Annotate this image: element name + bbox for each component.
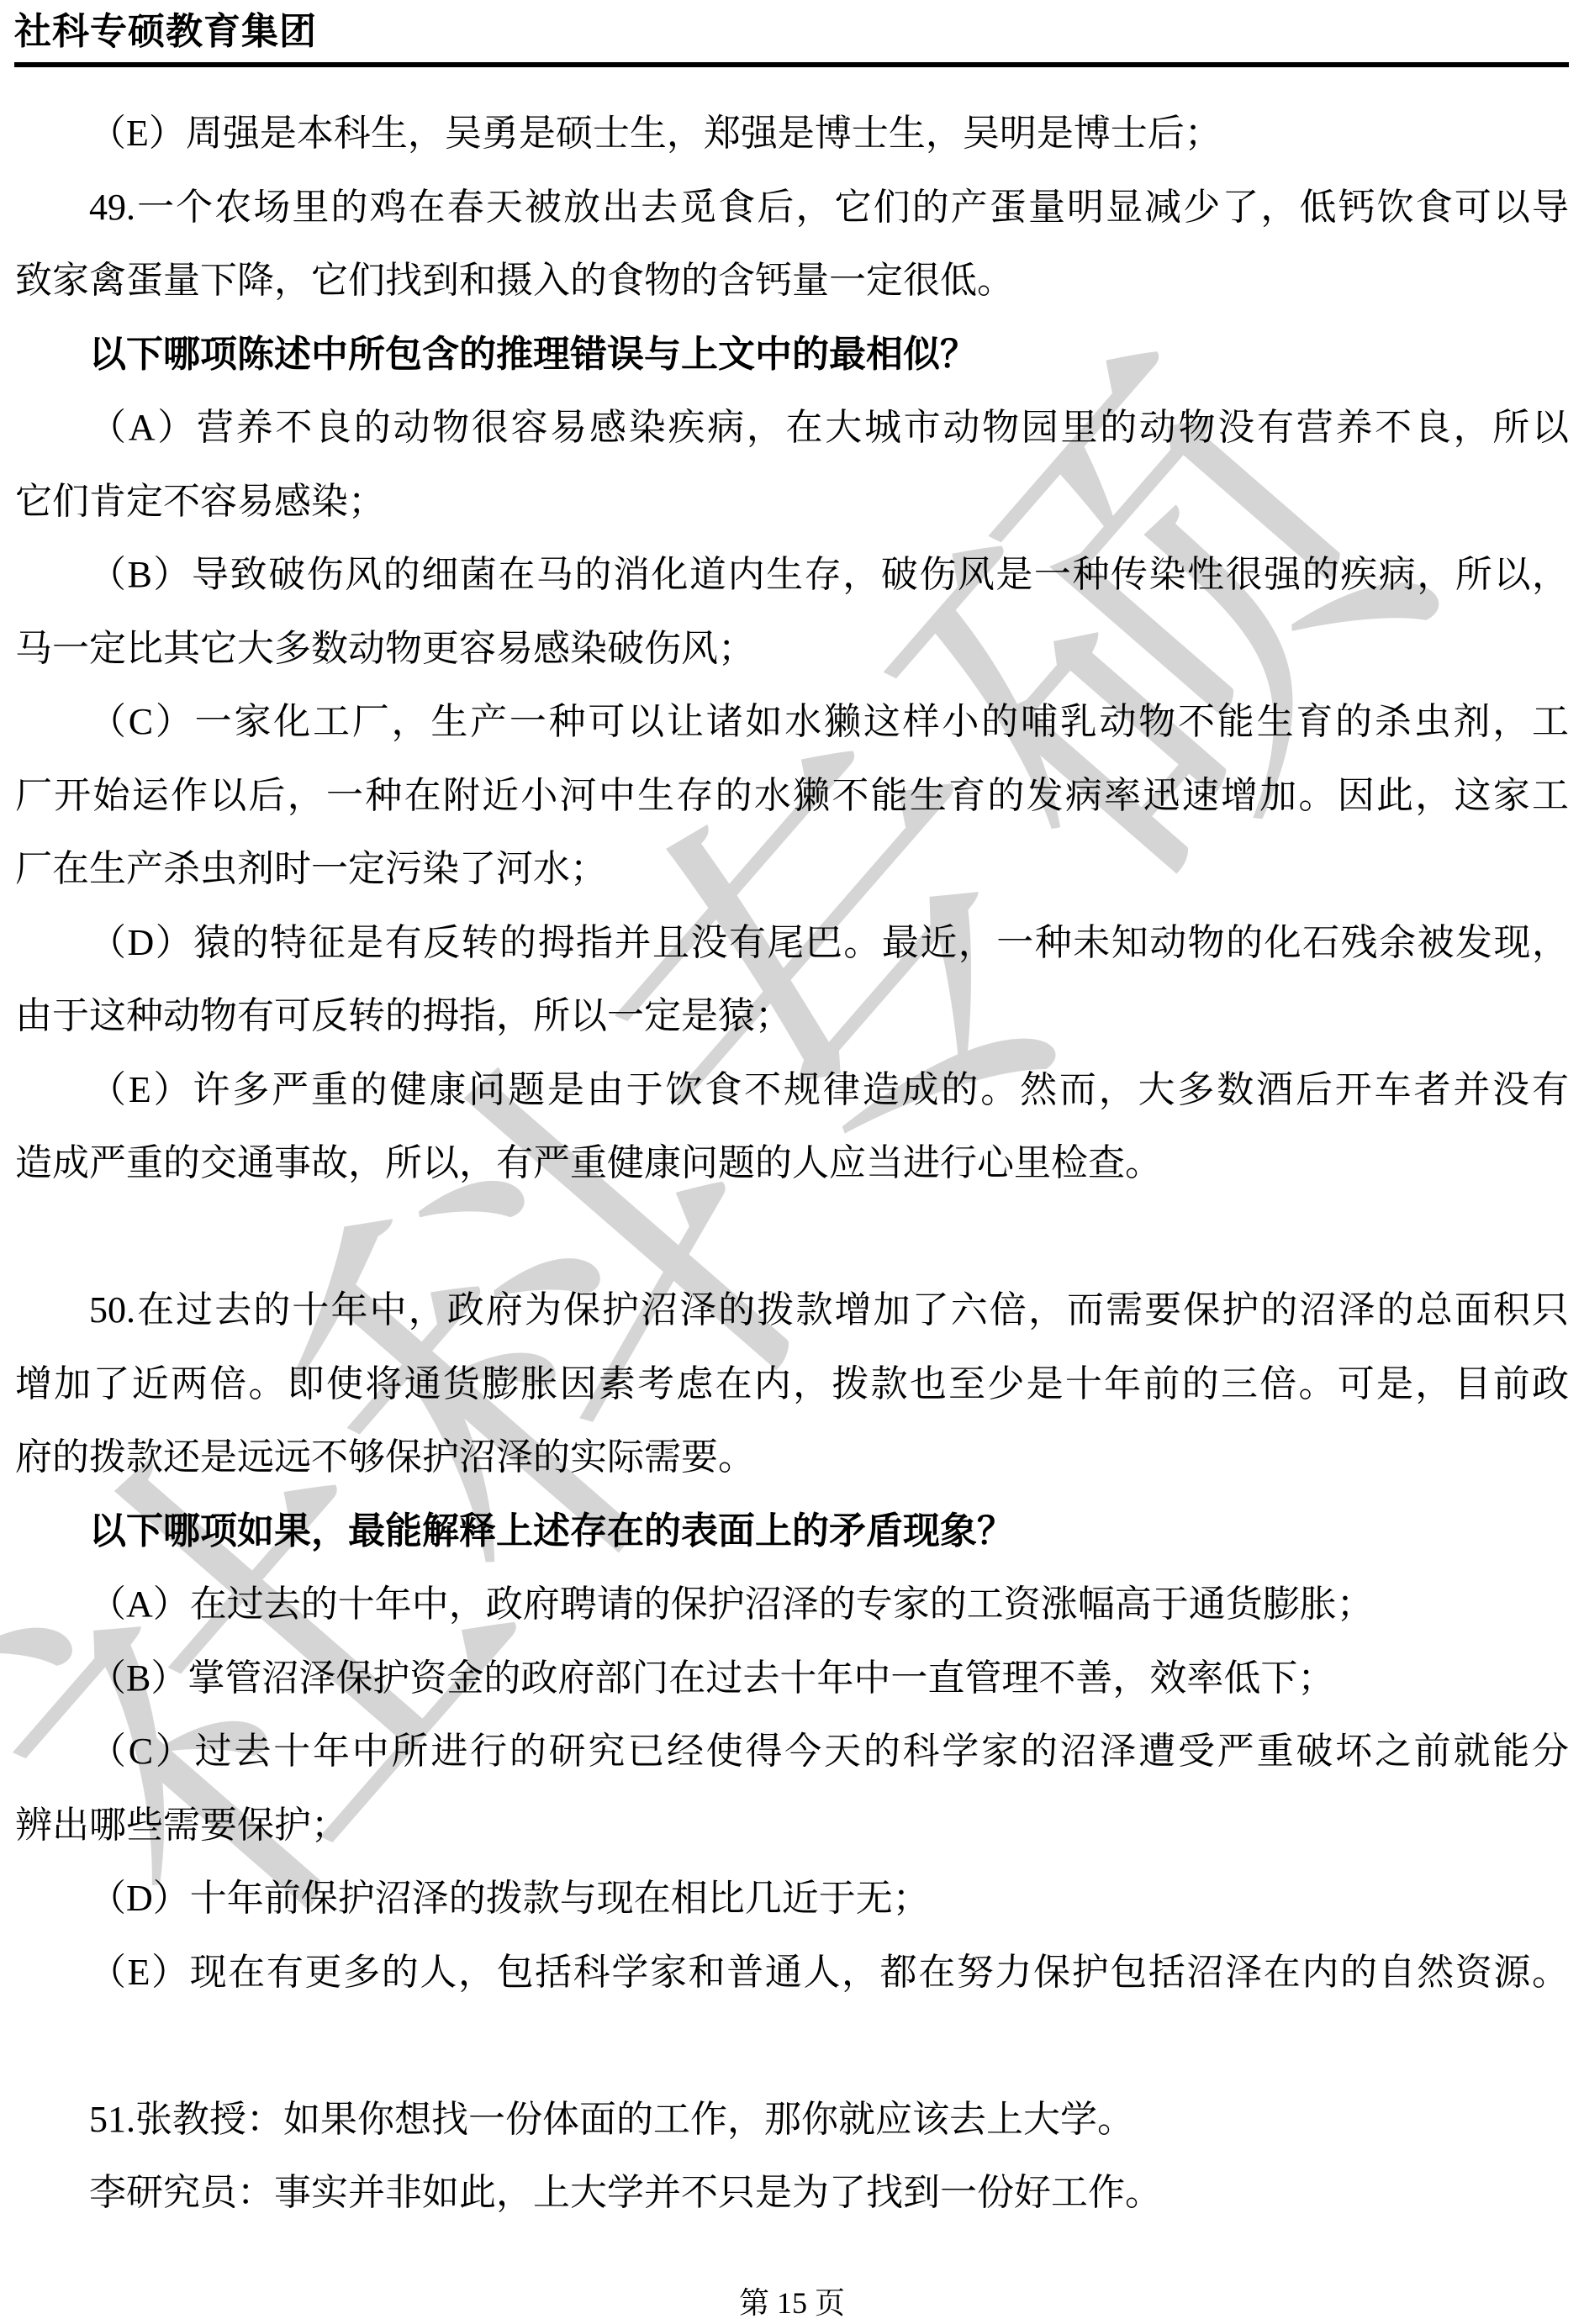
text-line: 辨出哪些需要保护；	[15, 1789, 1569, 1863]
text-line: 府的拨款还是远远不够保护沼泽的实际需要。	[15, 1420, 1569, 1494]
text-line: 由于这种动物有可反转的拇指，所以一定是猿；	[15, 979, 1569, 1053]
text-line: （B）导致破伤风的细菌在马的消化道内生存，破伤风是一种传染性很强的疾病，所以，	[15, 538, 1569, 612]
text-line: 49.一个农场里的鸡在春天被放出去觅食后，它们的产蛋量明显减少了，低钙饮食可以导	[15, 171, 1569, 245]
text-line: 厂开始运作以后，一种在附近小河中生存的水獭不能生育的发病率迅速增加。因此，这家工	[15, 759, 1569, 833]
text-line: 马一定比其它大多数动物更容易感染破伤风；	[15, 612, 1569, 686]
text-line: （C）过去十年中所进行的研究已经使得今天的科学家的沼泽遭受严重破坏之前就能分	[15, 1715, 1569, 1789]
text-line: （A）营养不良的动物很容易感染疾病，在大城市动物园里的动物没有营养不良，所以	[15, 391, 1569, 465]
text-line: （E）许多严重的健康问题是由于饮食不规律造成的。然而，大多数酒后开车者并没有	[15, 1053, 1569, 1127]
document-page: 社科专硕 社科专硕教育集团 （E）周强是本科生，吴勇是硕士生，郑强是博士生，吴明…	[0, 0, 1584, 2324]
text-line: 以下哪项如果，最能解释上述存在的表面上的矛盾现象？	[15, 1494, 1569, 1568]
text-line: （B）掌管沼泽保护资金的政府部门在过去十年中一直管理不善，效率低下；	[15, 1642, 1569, 1715]
text-line: （C）一家化工厂，生产一种可以让诸如水獭这样小的哺乳动物不能生育的杀虫剂，工	[15, 685, 1569, 759]
text-line: 它们肯定不容易感染；	[15, 465, 1569, 539]
text-line: （E）周强是本科生，吴勇是硕士生，郑强是博士生，吴明是博士后；	[15, 97, 1569, 171]
brand-title: 社科专硕教育集团	[14, 10, 1569, 54]
text-line: （E）现在有更多的人，包括科学家和普通人，都在努力保护包括沼泽在内的自然资源。	[15, 1936, 1569, 2010]
page-footer: 第 15 页	[0, 2284, 1584, 2321]
text-line: （A）在过去的十年中，政府聘请的保护沼泽的专家的工资涨幅高于通货膨胀；	[15, 1568, 1569, 1642]
text-line: 造成严重的交通事故，所以，有严重健康问题的人应当进行心里检查。	[15, 1126, 1569, 1200]
text-line: 增加了近两倍。即使将通货膨胀因素考虑在内，拨款也至少是十年前的三倍。可是，目前政	[15, 1347, 1569, 1421]
text-line: 李研究员：事实并非如此，上大学并不只是为了找到一份好工作。	[15, 2156, 1569, 2230]
content-blocks: （E）周强是本科生，吴勇是硕士生，郑强是博士生，吴明是博士后；49.一个农场里的…	[15, 97, 1569, 2230]
question-49: （E）周强是本科生，吴勇是硕士生，郑强是博士生，吴明是博士后；49.一个农场里的…	[15, 97, 1569, 1200]
text-line: （D）十年前保护沼泽的拨款与现在相比几近于无；	[15, 1862, 1569, 1936]
text-line: 50.在过去的十年中，政府为保护沼泽的拨款增加了六倍，而需要保护的沼泽的总面积只	[15, 1273, 1569, 1347]
question-51: 51.张教授：如果你想找一份体面的工作，那你就应该去上大学。李研究员：事实并非如…	[15, 2083, 1569, 2230]
text-line: 51.张教授：如果你想找一份体面的工作，那你就应该去上大学。	[15, 2083, 1569, 2157]
page-header: 社科专硕教育集团	[14, 10, 1569, 67]
header-rule	[14, 62, 1569, 67]
page-number: 第 15 页	[739, 2286, 845, 2320]
text-line: 致家禽蛋量下降，它们找到和摄入的食物的含钙量一定很低。	[15, 244, 1569, 318]
question-50: 50.在过去的十年中，政府为保护沼泽的拨款增加了六倍，而需要保护的沼泽的总面积只…	[15, 1273, 1569, 2009]
text-line: 以下哪项陈述中所包含的推理错误与上文中的最相似？	[15, 318, 1569, 392]
text-line: （D）猿的特征是有反转的拇指并且没有尾巴。最近，一种未知动物的化石残余被发现，	[15, 906, 1569, 980]
text-line: 厂在生产杀虫剂时一定污染了河水；	[15, 832, 1569, 906]
